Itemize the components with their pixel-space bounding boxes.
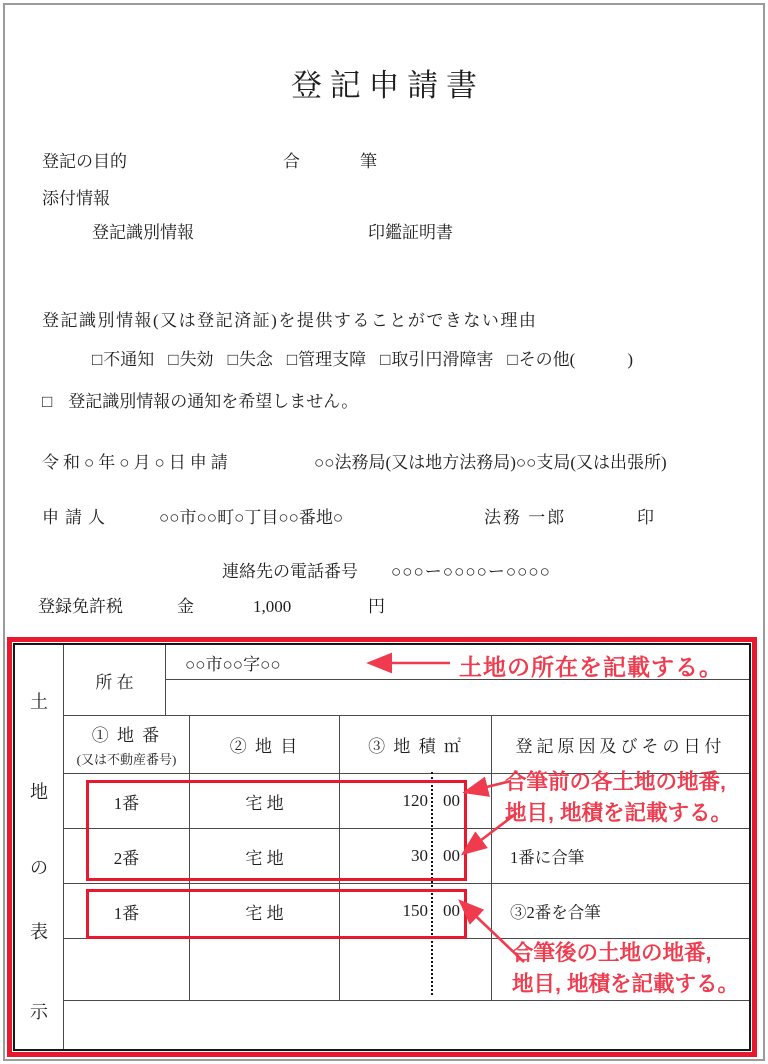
header-chiban-line2: (又は不動産番号) xyxy=(77,749,177,768)
reason-heading: 登記識別情報(又は登記済証)を提供することができない理由 xyxy=(42,310,537,332)
attachment-item-2: 印鑑証明書 xyxy=(368,222,453,244)
header-chiban-line1: ① 地 番 xyxy=(92,721,162,746)
applicant-name: 法務 一郎 xyxy=(484,507,566,529)
header-chiban: ① 地 番 (又は不動産番号) xyxy=(64,716,190,773)
checkbox-label: 管理支障 xyxy=(298,349,366,371)
applicant-address: ○○市○○町○丁目○○番地○ xyxy=(159,507,343,529)
checkbox-icon: □ xyxy=(168,349,178,371)
annotation-location: 土地の所在を記載する。 xyxy=(459,649,723,682)
table-bottom-empty-row xyxy=(64,1001,749,1049)
optout-label: 登記識別情報の通知を希望しません。 xyxy=(68,391,358,413)
checkbox-icon: □ xyxy=(380,349,390,371)
side-label-char: の xyxy=(15,856,63,880)
checkbox-icon: □ xyxy=(287,349,297,371)
cell-area xyxy=(340,939,492,1000)
purpose-value-2: 筆 xyxy=(360,151,377,173)
side-label-char: 土 xyxy=(15,690,63,714)
checkbox-label: その他( xyxy=(519,349,576,371)
tax-prefix: 金 xyxy=(177,596,194,618)
purpose-label: 登記の目的 xyxy=(42,151,127,173)
page-title: 登 記 申 請 書 xyxy=(0,66,768,106)
seal-mark: 印 xyxy=(637,507,654,529)
checkbox-icon: □ xyxy=(92,349,102,371)
tax-amount: 1,000 xyxy=(253,596,291,618)
table-header-row: ① 地 番 (又は不動産番号) ② 地 目 ③ 地 積 ㎡ 登記原因及びその日付 xyxy=(64,716,749,774)
notification-optout-row: □ 登記識別情報の通知を希望しません。 xyxy=(42,391,358,413)
cell-cause: ③2番を合筆 xyxy=(492,884,749,938)
side-label-char: 示 xyxy=(15,1000,63,1024)
location-empty-cell xyxy=(166,680,749,715)
registration-application-document: { "colors": { "red_frame": "#e8192f", "r… xyxy=(0,0,768,1064)
header-cause: 登記原因及びその日付 xyxy=(492,716,749,773)
highlight-box-before-merge xyxy=(86,780,467,881)
checkbox-label: 失念 xyxy=(239,349,273,371)
header-chiseki: ③ 地 積 ㎡ xyxy=(340,716,492,773)
side-label-char: 地 xyxy=(15,780,63,804)
phone-label: 連絡先の電話番号 xyxy=(222,561,358,583)
attachments-label: 添付情報 xyxy=(42,188,110,210)
annotation-after-line1: 合筆後の土地の地番, xyxy=(512,938,739,969)
land-table-side-label: 土 地 の 表 示 xyxy=(15,645,64,1049)
highlight-box-after-merge xyxy=(86,889,467,939)
checkbox-label: 取引円滑障害 xyxy=(391,349,493,371)
checkbox-icon[interactable]: □ xyxy=(42,391,52,413)
purpose-value-1: 合 xyxy=(283,151,300,173)
application-date: 令和○年○月○日申請 xyxy=(42,452,232,474)
checkbox-futsuchi[interactable]: □不通知 xyxy=(92,349,154,371)
other-close-paren: ) xyxy=(627,349,633,371)
location-label-cell: 所 在 xyxy=(64,645,166,715)
reason-checkbox-row: □不通知 □失効 □失念 □管理支障 □取引円滑障害 □その他() xyxy=(92,349,633,371)
annotation-before-line2: 地目, 地積を記載する。 xyxy=(505,798,732,829)
attachment-item-1: 登記識別情報 xyxy=(92,222,194,244)
checkbox-icon: □ xyxy=(228,349,238,371)
checkbox-shitsunen[interactable]: □失念 xyxy=(228,349,273,371)
checkbox-icon: □ xyxy=(507,349,517,371)
checkbox-torihiki[interactable]: □取引円滑障害 xyxy=(380,349,493,371)
header-chimoku: ② 地 目 xyxy=(190,716,340,773)
cell-chiban xyxy=(64,939,190,1000)
legal-affairs-office: ○○法務局(又は地方法務局)○○支局(又は出張所) xyxy=(314,452,667,474)
annotation-after-merge: 合筆後の土地の地番, 地目, 地積を記載する。 xyxy=(512,938,739,1000)
applicant-label: 申請人 xyxy=(42,507,111,529)
phone-value: ○○○ー○○○○ー○○○○ xyxy=(391,561,551,583)
annotation-after-line2: 地目, 地積を記載する。 xyxy=(512,969,739,1000)
checkbox-shikko[interactable]: □失効 xyxy=(168,349,213,371)
cell-chimoku xyxy=(190,939,340,1000)
checkbox-kanri-shisho[interactable]: □管理支障 xyxy=(287,349,366,371)
checkbox-label: 不通知 xyxy=(103,349,154,371)
tax-label: 登録免許税 xyxy=(38,596,123,618)
checkbox-label: 失効 xyxy=(180,349,214,371)
tax-suffix: 円 xyxy=(368,596,385,618)
annotation-before-line1: 合筆前の各土地の地番, xyxy=(505,767,732,798)
side-label-char: 表 xyxy=(15,920,63,944)
annotation-before-merge: 合筆前の各土地の地番, 地目, 地積を記載する。 xyxy=(505,767,732,829)
cell-cause: 1番に合筆 xyxy=(492,829,749,883)
checkbox-sonota[interactable]: □その他() xyxy=(507,349,633,371)
